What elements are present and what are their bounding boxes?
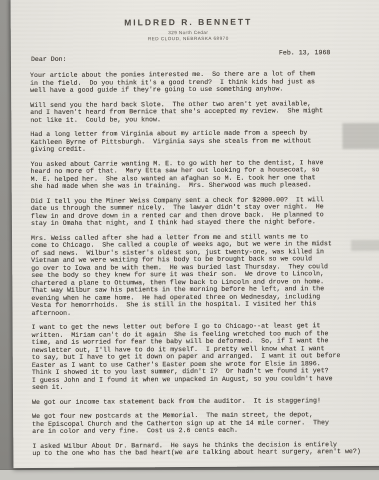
letter-page: MILDRED R. BENNETT 329 North Cedar RED C… (11, 0, 379, 468)
letter-paragraph: Had a long letter from Virginia about my… (30, 129, 362, 154)
letter-paragraph: You asked about Carrie wanting M. E. to … (31, 158, 363, 190)
letterhead: MILDRED R. BENNETT 329 North Cedar RED C… (11, 16, 366, 42)
letterhead-name: MILDRED R. BENNETT (11, 16, 366, 28)
letter-paragraph: We got our income tax statement back fro… (32, 396, 364, 406)
letter-body: Your article about the ponies interested… (30, 70, 364, 465)
letter-paragraph: Mrs. Weiss called after she had a letter… (31, 232, 363, 317)
scanner-bed-edge (0, 469, 379, 480)
letter-paragraph: We got four new postcards at the Memoria… (32, 411, 364, 436)
letter-paragraph: Your article about the ponies interested… (30, 70, 362, 95)
letter-salutation: Dear Don: (31, 56, 67, 63)
letter-paragraph: I want to get the news letter out before… (32, 322, 364, 392)
scanned-letter: MILDRED R. BENNETT 329 North Cedar RED C… (0, 0, 379, 480)
letterhead-address-line2: RED CLOUD, NEBRASKA 68970 (11, 35, 366, 42)
letter-paragraph: Did I tell you the Miner Weiss Company s… (31, 195, 363, 227)
letter-date: Feb. 13, 1968 (279, 49, 330, 56)
letter-paragraph: Will send you the hard back Slote. The o… (30, 99, 362, 124)
letter-paragraph: I asked Wilbur About Dr. Barnard. He say… (32, 440, 364, 457)
